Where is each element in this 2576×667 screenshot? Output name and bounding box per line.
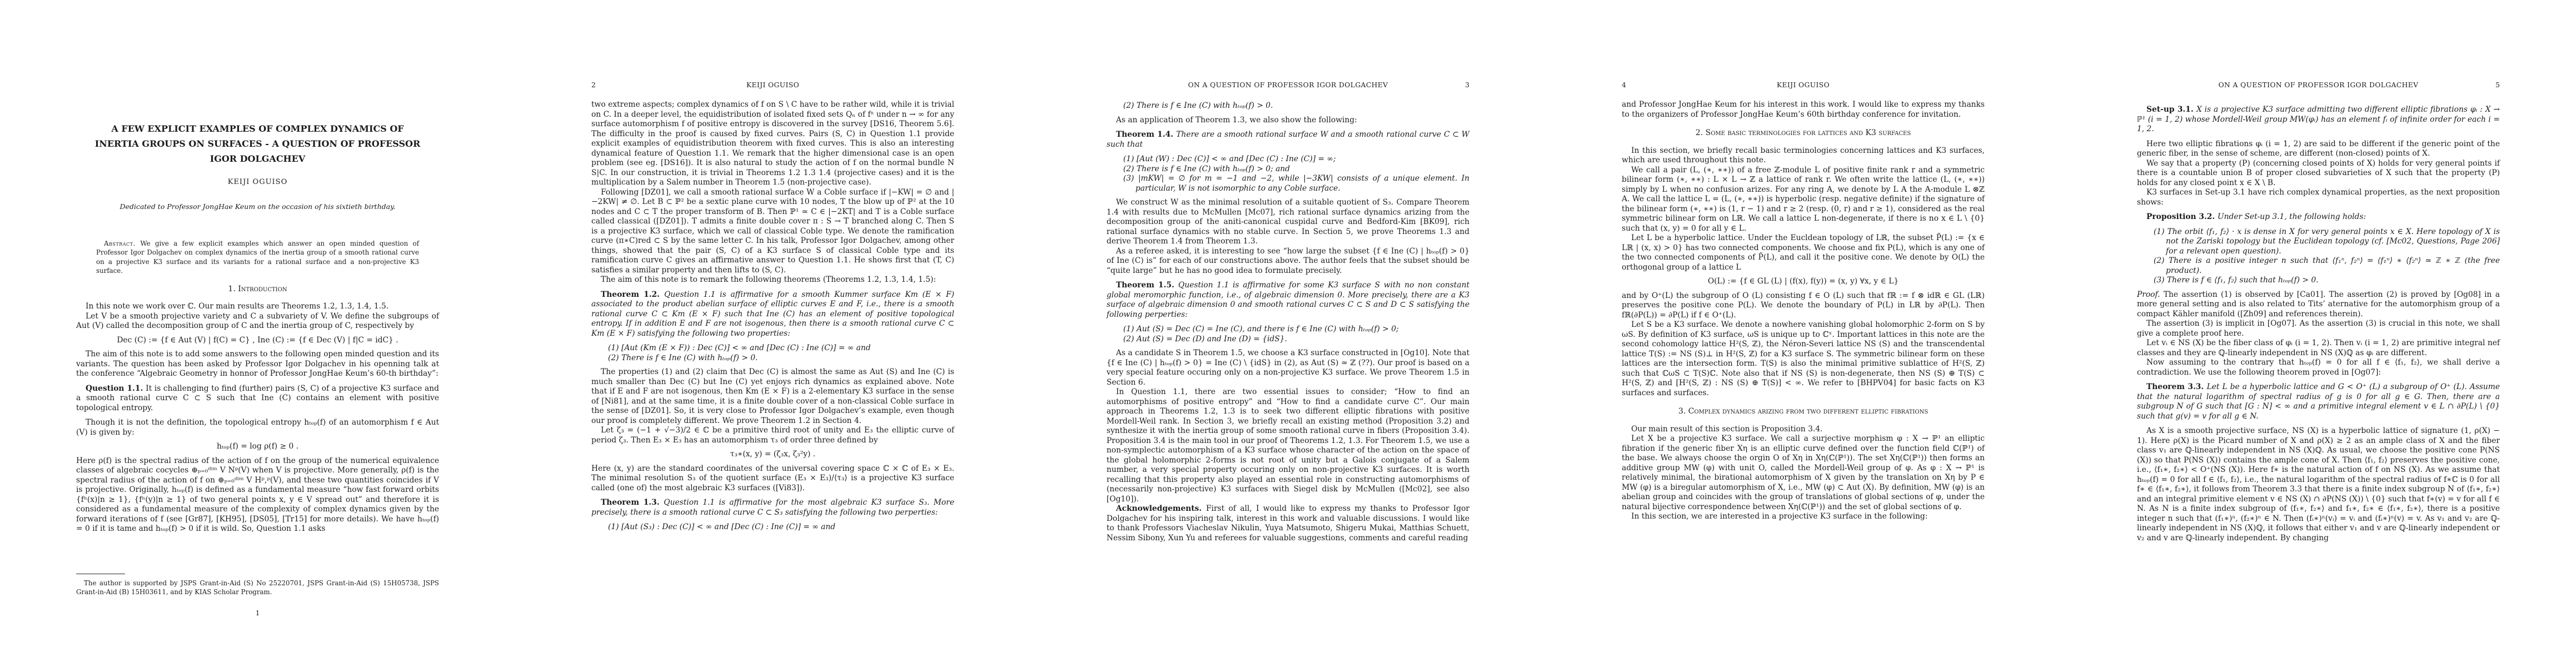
block-label: Theorem 1.3. — [601, 498, 664, 507]
page-1: A FEW EXPLICIT EXAMPLES OF COMPLEX DYNAM… — [0, 0, 515, 667]
running-title: KEIJI OGUISO — [591, 81, 954, 89]
para: We say that a property (P) (concerning c… — [2137, 159, 2500, 188]
acknowledgements: Acknowledgements. First of all, I would … — [1107, 504, 1469, 543]
item-number: (3) — [2154, 276, 2167, 285]
theorem-3-3: Theorem 3.3. Let L be a hyperbolic latti… — [2137, 382, 2500, 421]
para: two extreme aspects; complex dynamics of… — [591, 100, 954, 188]
para: Following [DZ01], we call a smooth ratio… — [591, 188, 954, 276]
section-2-heading: 2. Some basic terminologies for lattices… — [1622, 128, 1985, 138]
block-label: Theorem 1.2. — [601, 290, 664, 299]
page-header: 2KEIJI OGUISO — [591, 81, 954, 89]
para: Here ρ(f) is the spectral radius of the … — [76, 456, 439, 534]
page-number-head: 3 — [1465, 81, 1469, 89]
display: Dec (C) := {f ∈ Aut (V) | f(C) = C} , In… — [76, 336, 439, 346]
para: We call a pair (L, (∗, ∗∗)) of a free ℤ-… — [1622, 166, 1985, 234]
list-item: (1) Aut (S) = Dec (C) = Ine (C), and the… — [1107, 325, 1469, 335]
abstract: Abstract. We give a few explicit example… — [96, 239, 419, 276]
page-header: ON A QUESTION OF PROFESSOR IGOR DOLGACHE… — [2137, 81, 2500, 89]
item-list: (1) [Aut (W) : Dec (C)] < ∞ and [Dec (C)… — [1107, 155, 1469, 193]
display: O(L) := {f ∈ GL (L) | (f(x), f(y)) = (x,… — [1622, 277, 1985, 287]
section-3-heading: 3. Complex dynamics arizing from two dif… — [1622, 407, 1985, 417]
list-item: (2) There is a positive integer n such t… — [2137, 256, 2500, 276]
item-number: (2) — [1123, 101, 1137, 110]
para: We construct W as the minimal resolution… — [1107, 198, 1469, 247]
list-item: (2) There is f ∈ Ine (C) with hₜₒₚ(f) > … — [1107, 101, 1469, 111]
item-number: (1) — [608, 522, 621, 531]
page-4-content: and Professor JongHae Keum for his inter… — [1622, 100, 1985, 522]
para: Let X be a projective K3 surface. We cal… — [1622, 434, 1985, 512]
block-label: Proposition 3.2. — [2146, 212, 2218, 221]
block-label: Theorem 3.3. — [2146, 382, 2207, 391]
para: Let V be a smooth projective variety and… — [76, 312, 439, 331]
para: As a candidate S in Theorem 1.5, we choo… — [1107, 349, 1469, 387]
item-number: (2) — [1123, 335, 1137, 344]
item-number: (2) — [608, 354, 621, 362]
list-item: (1) [Aut (Km (E × F)) : Dec (C)] < ∞ and… — [591, 344, 954, 354]
page-4: and Professor JongHae Keum for his inter… — [1546, 0, 2061, 667]
page-5-content: Set-up 3.1. X is a projective K3 surface… — [2137, 100, 2500, 543]
list-item: (1) The orbit ⟨f₁, f₂⟩ · x is dense in X… — [2137, 227, 2500, 257]
theorem-1-4: Theorem 1.4. There are a smooth rational… — [1107, 130, 1469, 150]
page-number-head: 2 — [591, 81, 596, 89]
question-1-1: Question 1.1. It is challenging to find … — [76, 384, 439, 414]
item-list: (2) There is f ∈ Ine (C) with hₜₒₚ(f) > … — [1107, 101, 1469, 111]
para: The properties (1) and (2) claim that De… — [591, 367, 954, 426]
list-item: (1) [Aut (W) : Dec (C)] < ∞ and [Dec (C)… — [1107, 155, 1469, 165]
display: τ₃∗(x, y) = (ζ₃x, ζ₃²y) . — [591, 450, 954, 460]
para: K3 surfaces in Set-up 3.1 have rich comp… — [2137, 188, 2500, 207]
block-label: Proof. — [2137, 290, 2164, 299]
support-footnote: The author is supported by JSPS Grant-in… — [76, 579, 439, 597]
page-2-content: two extreme aspects; complex dynamics of… — [591, 100, 954, 537]
item-number: (3) — [1123, 174, 1138, 183]
item-number: (1) — [1123, 155, 1137, 163]
theorem-1-3: Theorem 1.3. Question 1.1 is affirmative… — [591, 498, 954, 517]
theorem-1-2: Theorem 1.2. Question 1.1 is affirmative… — [591, 290, 954, 339]
footnote-rule — [76, 574, 125, 574]
para: Though it is not the definition, the top… — [76, 418, 439, 437]
para: Here two elliptic fibrations φᵢ (i = 1, … — [2137, 140, 2500, 159]
para: As a referee asked, it is interesting to… — [1107, 247, 1469, 276]
para: In this section, we are interested in a … — [1622, 512, 1985, 522]
para: Our main result of this section is Propo… — [1622, 425, 1985, 435]
para: Let vᵢ ∈ NS (X) be the fiber class of φᵢ… — [2137, 339, 2500, 358]
list-item: (1) [Aut (S₃) : Dec (C)] < ∞ and [Dec (C… — [591, 522, 954, 532]
page-header: ON A QUESTION OF PROFESSOR IGOR DOLGACHE… — [1107, 81, 1469, 89]
para: Let L be a hyperbolic lattice. Under the… — [1622, 233, 1985, 272]
item-list: (1) [Aut (Km (E × F)) : Dec (C)] < ∞ and… — [591, 344, 954, 363]
block-label: Theorem 1.4. — [1116, 130, 1176, 139]
theorem-1-5: Theorem 1.5. Question 1.1 is affirmative… — [1107, 281, 1469, 320]
para: Let S be a K3 surface. We denote a nowhe… — [1622, 320, 1985, 398]
list-item: (2) Aut (S) = Dec (D) and Ine (D) = {idS… — [1107, 335, 1469, 345]
para: In Question 1.1, there are two essential… — [1107, 387, 1469, 504]
block-label: Question 1.1. — [86, 384, 146, 393]
block-label: Acknowledgements. — [1116, 504, 1206, 513]
page-number-head: 5 — [2495, 81, 2500, 89]
item-list: (1) The orbit ⟨f₁, f₂⟩ · x is dense in X… — [2137, 227, 2500, 286]
item-list: (1) [Aut (S₃) : Dec (C)] < ∞ and [Dec (C… — [591, 522, 954, 532]
item-list: (1) Aut (S) = Dec (C) = Ine (C), and the… — [1107, 325, 1469, 344]
page-2: two extreme aspects; complex dynamics of… — [515, 0, 1030, 667]
list-item: (3) There is f ∈ ⟨f₁, f₂⟩ such that hₜₒₚ… — [2137, 276, 2500, 286]
item-number: (1) — [608, 344, 621, 352]
proof-3-2: Proof. The assertion (1) is observed by … — [2137, 290, 2500, 320]
page-header: 4KEIJI OGUISO — [1622, 81, 1985, 89]
para: The aim of this note is to add some answ… — [76, 350, 439, 379]
page-3: (2) There is f ∈ Ine (C) with hₜₒₚ(f) > … — [1030, 0, 1546, 667]
item-number: (1) — [1123, 325, 1137, 333]
para: The aim of this note is to remark the fo… — [591, 275, 954, 285]
para: In this note we work over ℂ. Our main re… — [76, 302, 439, 312]
item-number: (1) — [2154, 227, 2168, 236]
page-5: Set-up 3.1. X is a projective K3 surface… — [2061, 0, 2576, 667]
running-title: KEIJI OGUISO — [1622, 81, 1985, 89]
item-number: (2) — [2154, 256, 2169, 265]
para: Let ζ₃ = (−1 + √−3)/2 ∈ ℂ be a primitive… — [591, 426, 954, 445]
dedication: Dedicated to Professor JongHae Keum on t… — [76, 202, 439, 212]
author-name: KEIJI OGUISO — [76, 177, 439, 187]
setup-3-1: Set-up 3.1. X is a projective K3 surface… — [2137, 105, 2500, 135]
running-title: ON A QUESTION OF PROFESSOR IGOR DOLGACHE… — [2137, 81, 2500, 89]
para: and by O⁺(L) the subgroup of O (L) consi… — [1622, 291, 1985, 321]
para: In this section, we briefly recall basic… — [1622, 146, 1985, 166]
arxiv-paper-scan: { "arxiv_stamp": "arXiv:1704.03142v2 [ma… — [0, 0, 2576, 667]
proposition-3-2: Proposition 3.2. Under Set-up 3.1, the f… — [2137, 212, 2500, 222]
paper-title: A FEW EXPLICIT EXAMPLES OF COMPLEX DYNAM… — [76, 121, 439, 166]
page-number-bottom: 1 — [76, 609, 439, 617]
display: hₜₒₚ(f) = log ρ(f) ≥ 0 . — [76, 442, 439, 452]
page-1-content: A FEW EXPLICIT EXAMPLES OF COMPLEX DYNAM… — [76, 121, 439, 534]
list-item: (3) |mKW| = ∅ for m = −1 and −2, while |… — [1107, 174, 1469, 193]
block-label: Theorem 1.5. — [1116, 281, 1178, 290]
para: and Professor JongHae Keum for his inter… — [1622, 100, 1985, 120]
running-title: ON A QUESTION OF PROFESSOR IGOR DOLGACHE… — [1107, 81, 1469, 89]
item-number: (2) — [1123, 165, 1137, 173]
section-1-heading: 1. Introduction — [76, 285, 439, 295]
page-number-head: 4 — [1622, 81, 1626, 89]
block-label: Set-up 3.1. — [2146, 105, 2196, 114]
list-item: (2) There is f ∈ Ine (C) with hₜₒₚ(f) > … — [591, 354, 954, 364]
block-label: Abstract. — [104, 240, 141, 247]
page-3-content: (2) There is f ∈ Ine (C) with hₜₒₚ(f) > … — [1107, 100, 1469, 543]
list-item: (2) There is f ∈ Ine (C) with hₜₒₚ(f) > … — [1107, 165, 1469, 175]
para: Now assuming to the contrary that hₜₒₚ(f… — [2137, 358, 2500, 377]
para: As an application of Theorem 1.3, we als… — [1107, 116, 1469, 126]
para: Here (x, y) are the standard coordinates… — [591, 464, 954, 494]
para: As X is a smooth projective surface, NS … — [2137, 426, 2500, 543]
para: The assertion (3) is implicit in [Og07].… — [2137, 319, 2500, 339]
